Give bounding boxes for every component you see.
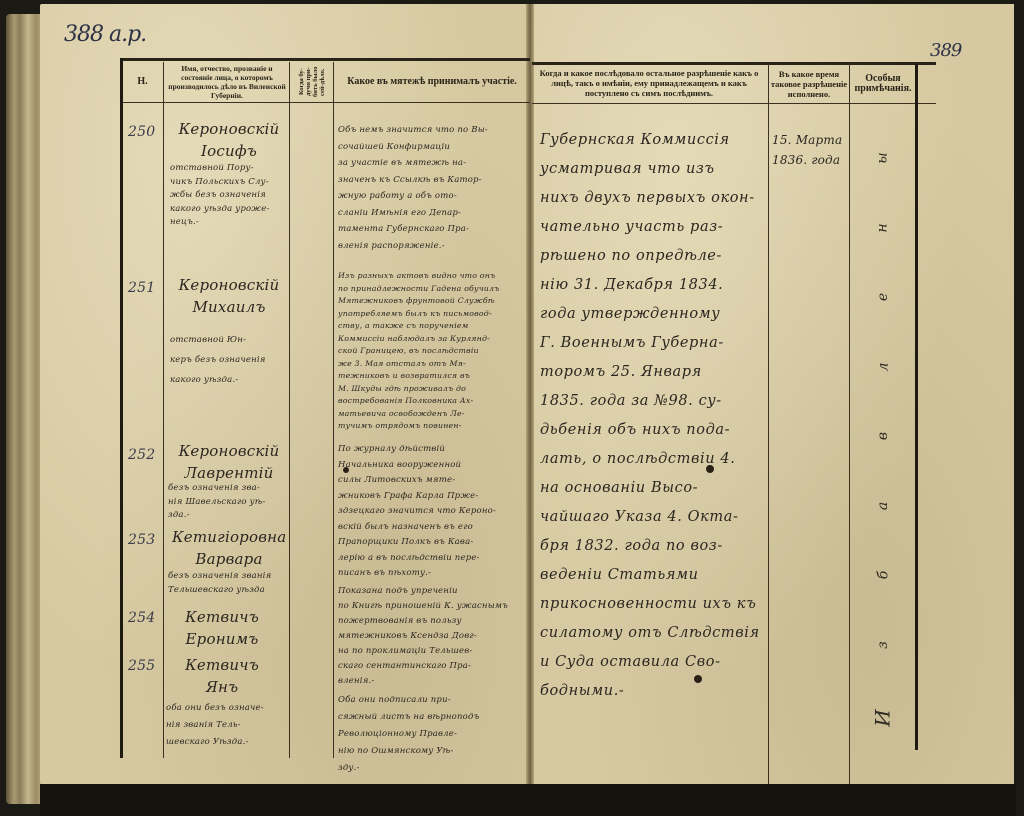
entry-number: 251 [128,278,155,299]
paper-hole [706,465,714,473]
table-right-border [915,64,918,750]
header-role: Какое въ мятежѣ принималъ участіе. [336,62,528,102]
entry-number: 255 [128,656,155,677]
note-letter: н [875,223,891,232]
entry-name: Кетигіоровна Варвара [172,526,286,570]
entry-name-detail: отставной Пору- чикъ Польскихъ Слу- жбы … [170,162,288,230]
header-name: Имя, отчество, прозваніе и состояніе лиц… [166,62,288,102]
entry-role: Показана подъ упреченіи по Книгѣ приноше… [338,584,528,689]
entry-name: Кероновскій Лаврентій [172,440,286,484]
entry-name-detail: отставной Юн- керъ безъ означенія какого… [170,330,288,390]
entry-role: Объ немъ значится что по Вы- сочайшей Ко… [338,122,528,254]
entry-number: 250 [128,122,155,143]
paper-hole [694,675,702,683]
note-letter: а [875,501,891,509]
table-left-border [120,58,123,758]
entry-role: Оба они подписали при- сяжный листъ на в… [338,692,528,777]
entry-number: 253 [128,530,155,551]
notes-vertical-text: ы н е л в а б з И [868,150,898,730]
col-divider-num [163,62,164,758]
folio-number-left: 388 a.p. [64,22,146,47]
note-letter: ы [875,152,891,163]
entry-name: Кероновскій Михаилъ [172,274,286,318]
bottom-shadow [40,784,1016,816]
entry-number: 254 [128,608,155,629]
executed-date: 15. Марта 1836. года [772,130,848,170]
resolution-text: Губернская Коммиссія усматривая что изъ … [540,126,766,706]
note-letter: л [875,362,891,371]
note-letter: е [875,293,891,301]
entry-name-detail: безъ означенія званія Тельшевскаго уѣзда [168,570,288,597]
note-letter: з [875,641,891,649]
note-letter: б [875,571,891,580]
ink-blot [343,467,349,473]
entry-name-detail: оба они безъ означе- нія званія Тель- ше… [166,700,288,751]
col-divider-resolution [768,64,769,784]
note-letter: в [875,432,891,440]
col-divider-name [289,62,290,758]
entry-name-detail: безъ означенія зва- нія Шавельскаго уѣ- … [168,482,288,523]
header-executed: Въ какое время таковое разрѣшеніе исполн… [770,64,848,104]
folio-number-right: 389 [930,40,961,61]
col-divider-when [333,62,334,758]
entry-role: По журналу дѣйствій Начальника вооруженн… [338,442,528,582]
note-letter: И [871,709,895,726]
header-when: Когда бу-дучи при-бить было сей-дѣло. [292,62,332,102]
col-divider-executed [849,64,850,784]
header-bottom-rule-left [122,102,530,103]
entry-name: Кероновскій Іосифъ [172,118,286,162]
entry-name: Кетвичъ Янъ [172,654,272,698]
entry-name: Кетвичъ Еронимъ [172,606,272,650]
header-resolution: Когда и какое послѣдовало остальное разр… [532,64,766,102]
header-notes: Особыя примѣчанія. [851,64,915,104]
header-num: Н. [122,62,163,102]
table-top-rule-left [122,58,530,61]
entry-number: 252 [128,445,155,466]
entry-role: Изъ разныхъ актовъ видно что онъ по прин… [338,270,528,433]
